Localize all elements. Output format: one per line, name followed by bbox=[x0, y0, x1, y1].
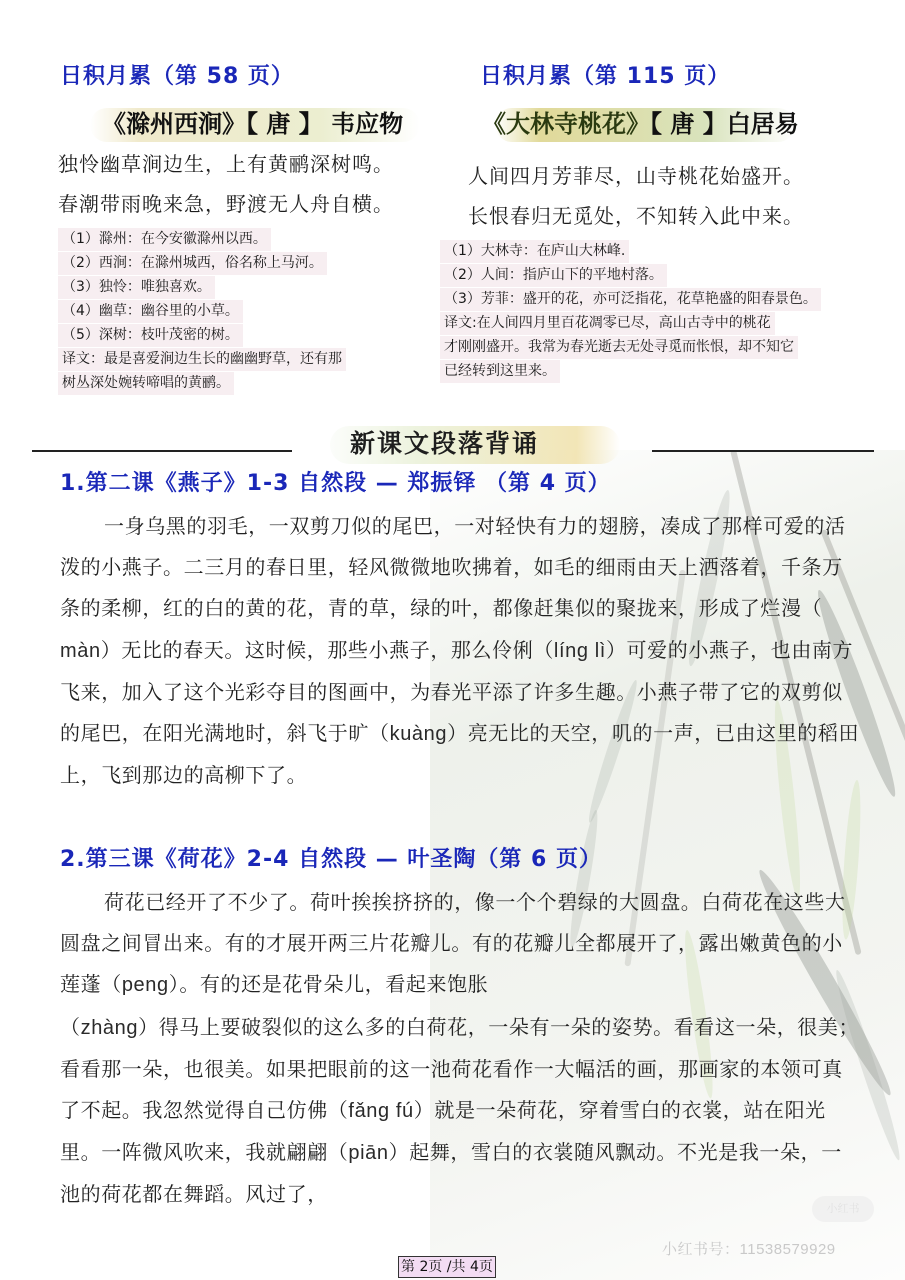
lesson-paragraph: 一身乌黑的羽毛，一双剪刀似的尾巴，一对轻快有力的翅膀，凑成了那样可爱的活泼的小燕… bbox=[60, 506, 860, 796]
poem-line: 长恨春归无觅处，不知转入此中来。 bbox=[468, 196, 900, 236]
lesson-2-section: 2.第三课《荷花》2-4 自然段 — 叶圣陶（第 6 页） 荷花已经开了不少了。… bbox=[60, 842, 860, 1216]
poem-notes-left: （1）滁州：在今安徽滁州以西。 （2）西涧：在滁州城西，俗名称上马河。 （3）独… bbox=[58, 228, 445, 396]
note-item: （1）滁州：在今安徽滁州以西。 bbox=[58, 228, 271, 251]
poem-line: 人间四月芳菲尽，山寺桃花始盛开。 bbox=[468, 156, 900, 196]
watermark-badge: 小红书 bbox=[812, 1196, 874, 1222]
pinyin-annotation: zhàng bbox=[81, 1008, 139, 1049]
pinyin-annotation: peng bbox=[122, 965, 169, 1006]
poem-author: 韦应物 bbox=[331, 110, 403, 138]
note-item: （3）独怜：唯独喜欢。 bbox=[58, 276, 215, 299]
poem-name: 《滁州西涧》 bbox=[102, 110, 246, 138]
poem-title-right: 《大林寺桃花》【 唐 】白居易 bbox=[460, 104, 900, 144]
divider-title: 新课文段落背诵 bbox=[350, 424, 539, 460]
poem-body-right: 人间四月芳菲尽，山寺桃花始盛开。 长恨春归无觅处，不知转入此中来。 bbox=[460, 156, 900, 236]
lesson-title: 1.第二课《燕子》1-3 自然段 — 郑振铎 （第 4 页） bbox=[60, 466, 860, 502]
text-segment: ）。有的还是花骨朵儿，看起来饱胀 bbox=[169, 972, 489, 996]
text-segment: 一身乌黑的羽毛，一双剪刀似的尾巴，一对轻快有力的翅膀，凑成了那样可爱的活泼的小燕… bbox=[60, 514, 846, 620]
poem-line: 独怜幽草涧边生，上有黄鹂深树鸣。 bbox=[58, 144, 445, 184]
poem-dynasty: 【 唐 】 bbox=[650, 110, 727, 138]
pinyin-annotation: fǎng fú bbox=[348, 1091, 413, 1132]
pinyin-annotation: kuàng bbox=[390, 714, 448, 755]
lesson-title: 2.第三课《荷花》2-4 自然段 — 叶圣陶（第 6 页） bbox=[60, 842, 860, 878]
text-segment: ）无比的春天。这时候，那些小燕子，那么伶俐（ bbox=[101, 638, 554, 662]
note-item: （2）人间：指庐山下的平地村落。 bbox=[440, 264, 667, 287]
poem-notes-right: （1）大林寺：在庐山大林峰. （2）人间：指庐山下的平地村落。 （3）芳菲：盛开… bbox=[440, 240, 900, 384]
lesson-paragraph: 荷花已经开了不少了。荷叶挨挨挤挤的，像一个个碧绿的大圆盘。白荷花在这些大圆盘之间… bbox=[60, 882, 860, 1216]
note-item: （2）西涧：在滁州城西，俗名称上马河。 bbox=[58, 252, 327, 275]
note-item: （4）幽草：幽谷里的小草。 bbox=[58, 300, 243, 323]
section-divider: 新课文段落背诵 bbox=[0, 420, 905, 464]
divider-line-left bbox=[32, 450, 292, 452]
translation-line: 已经转到这里来。 bbox=[440, 360, 560, 383]
pinyin-annotation: piān bbox=[348, 1133, 388, 1174]
divider-line-right bbox=[652, 450, 874, 452]
poem-body-left: 独怜幽草涧边生，上有黄鹂深树鸣。 春潮带雨晚来急，野渡无人舟自横。 bbox=[60, 144, 445, 224]
note-item: （3）芳菲：盛开的花，亦可泛指花，花草艳盛的阳春景色。 bbox=[440, 288, 821, 311]
translation-line: 才刚刚盛开。我常为春光逝去无处寻觅而怅恨，却不知它 bbox=[440, 336, 798, 359]
left-poem-section: 日积月累（第 58 页） 《滁州西涧》【 唐 】 韦应物 独怜幽草涧边生，上有黄… bbox=[60, 60, 445, 396]
poem-dynasty: 【 唐 】 bbox=[246, 110, 323, 138]
poem-title-left: 《滁州西涧》【 唐 】 韦应物 bbox=[60, 104, 445, 144]
watermark-text: 小红书号：11538579929 bbox=[662, 1238, 836, 1259]
poem-line: 春潮带雨晚来急，野渡无人舟自横。 bbox=[58, 184, 445, 224]
translation-line: 树丛深处婉转啼唱的黄鹂。 bbox=[58, 372, 234, 395]
section-label-left: 日积月累（第 58 页） bbox=[60, 60, 445, 94]
translation-line: 译文：最是喜爱涧边生长的幽幽野草，还有那 bbox=[58, 348, 346, 371]
poem-author: 白居易 bbox=[727, 110, 799, 138]
page-indicator: 第 2页 /共 4页 bbox=[398, 1256, 496, 1278]
text-segment: （ bbox=[60, 1015, 81, 1039]
right-poem-section: 日积月累（第 115 页） 《大林寺桃花》【 唐 】白居易 人间四月芳菲尽，山寺… bbox=[460, 60, 900, 384]
note-item: （1）大林寺：在庐山大林峰. bbox=[440, 240, 629, 263]
translation-line: 译文:在人间四月里百花凋零已尽，高山古寺中的桃花 bbox=[440, 312, 775, 335]
pinyin-annotation: màn bbox=[60, 631, 101, 672]
section-label-right: 日积月累（第 115 页） bbox=[460, 60, 900, 94]
pinyin-annotation: líng lì bbox=[554, 631, 606, 672]
note-item: （5）深树：枝叶茂密的树。 bbox=[58, 324, 243, 347]
poem-name: 《大林寺桃花》 bbox=[460, 110, 650, 138]
lesson-1-section: 1.第二课《燕子》1-3 自然段 — 郑振铎 （第 4 页） 一身乌黑的羽毛，一… bbox=[60, 466, 860, 796]
